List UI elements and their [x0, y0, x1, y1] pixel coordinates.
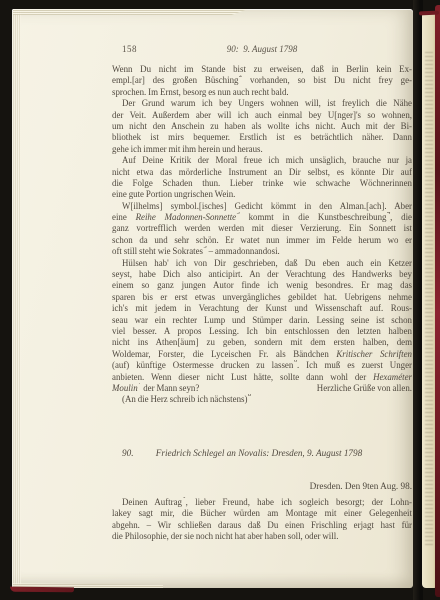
text-line: der Veit. Außerdem aber will ich auch ei… — [112, 110, 412, 121]
text-line: lakey sagt mir, die Bücher würden am Mon… — [112, 508, 412, 519]
text-line: seyst, habe Dich also anticipirt. An der… — [112, 269, 412, 280]
text-line: oft still steht wie Sokrates5 – ammadonn… — [112, 246, 412, 257]
text-line: ganz vortrefflich werden werden mit dies… — [112, 223, 412, 234]
letter-continuation-text: Wenn Du nicht im Stande bist zu erweisen… — [112, 64, 412, 406]
text-line: viel besser. A propos Lessing. Ich bin e… — [112, 326, 412, 337]
text-line: sparen bis er erst etwas unvergängliches… — [112, 292, 412, 303]
text-line: eine Reihe Madonnen-Sonnette3 kommt in d… — [112, 212, 412, 223]
text-line: gehe ich immer mit ihm herein und heraus… — [112, 144, 412, 155]
text-line: Hülsen hab' ich von Dir geschrieben, daß… — [112, 258, 412, 269]
text-line: einem so ganz jungen Autor finde ich wen… — [112, 280, 412, 291]
text-line: die Philosophie, der sie noch nicht hat … — [112, 531, 412, 542]
text-line: W[ilhelms] symbol.[isches] Gedicht kömmt… — [112, 201, 412, 212]
text-line: nicht etwa das mörderliche Instrument an… — [112, 167, 412, 178]
text-line: Der Grund warum ich bey Ungers wohnen wi… — [112, 98, 412, 109]
text-line: abgehn. – Wir schließen daraus daß Du ei… — [112, 520, 412, 531]
letter-number: 90. — [122, 448, 133, 458]
page-edge-left — [12, 11, 21, 585]
text-line: (auf) künftige Ostermesse drucken zu las… — [112, 360, 412, 371]
text-line: sprochen. Im Ernst, besorg es nun auch r… — [112, 87, 412, 98]
book-scan: 158 90: 9. August 1798 Wenn Du nicht im … — [0, 0, 440, 600]
text-line: bliothek ist mirs bequemer. Erstlich ist… — [112, 132, 412, 143]
text-line: (An die Herz schreib ich nächstens)8 — [112, 394, 412, 405]
letter-title: Friedrich Schlegel an Novalis: Dresden, … — [156, 448, 362, 458]
letter-dateline: Dresden. Den 9ten Aug. 98. — [112, 481, 412, 491]
running-header-title: 90: 9. August 1798 — [112, 44, 412, 54]
text-line: eine gute Portion ungrischen Wein. — [112, 189, 412, 200]
text-line: empl.[ar] des großen Büsching2 vorhanden… — [112, 75, 412, 86]
page-edge-top — [13, 9, 248, 15]
text-line: nicht ins Athen[äum] zu geben, sondern m… — [112, 337, 412, 348]
letter-90-heading: 90. Friedrich Schlegel an Novalis: Dresd… — [112, 448, 412, 458]
text-line: ich's mit jedem in Verachtung der Kunst … — [112, 303, 412, 314]
text-line: Wenn Du nicht im Stande bist zu erweisen… — [112, 64, 412, 75]
book-cover-edge — [435, 5, 440, 597]
letter-90-text: Deinen Auftrag1, lieber Freund, habe ich… — [112, 497, 412, 543]
text-line: schon da und sehr schön. Er watet nun im… — [112, 235, 412, 246]
text-line: Deinen Auftrag1, lieber Freund, habe ich… — [112, 497, 412, 508]
text-line: Moulin7 der Mann seyn?Herzliche Grüße vo… — [112, 383, 412, 394]
running-head: 158 90: 9. August 1798 — [112, 44, 412, 56]
page-number: 158 — [122, 44, 137, 54]
cover-red-sliver — [10, 587, 74, 593]
text-line: Woldemar, Forster, die Lyceischen Fr. al… — [112, 349, 412, 360]
text-line: Auf Deine Kritik der Moral freue ich mic… — [112, 155, 412, 166]
adjacent-page-edge — [422, 12, 436, 588]
book-page: 158 90: 9. August 1798 Wenn Du nicht im … — [12, 9, 413, 588]
text-line: die Folge Schaden thun. Lieber trinke wi… — [112, 178, 412, 189]
text-line: anbieten. Wenn dieser nicht Lust hätte, … — [112, 372, 412, 383]
text-line: um nicht den Anschein zu haben als wollt… — [112, 121, 412, 132]
text-line: seau war ein rechter Lump und Stümper da… — [112, 315, 412, 326]
